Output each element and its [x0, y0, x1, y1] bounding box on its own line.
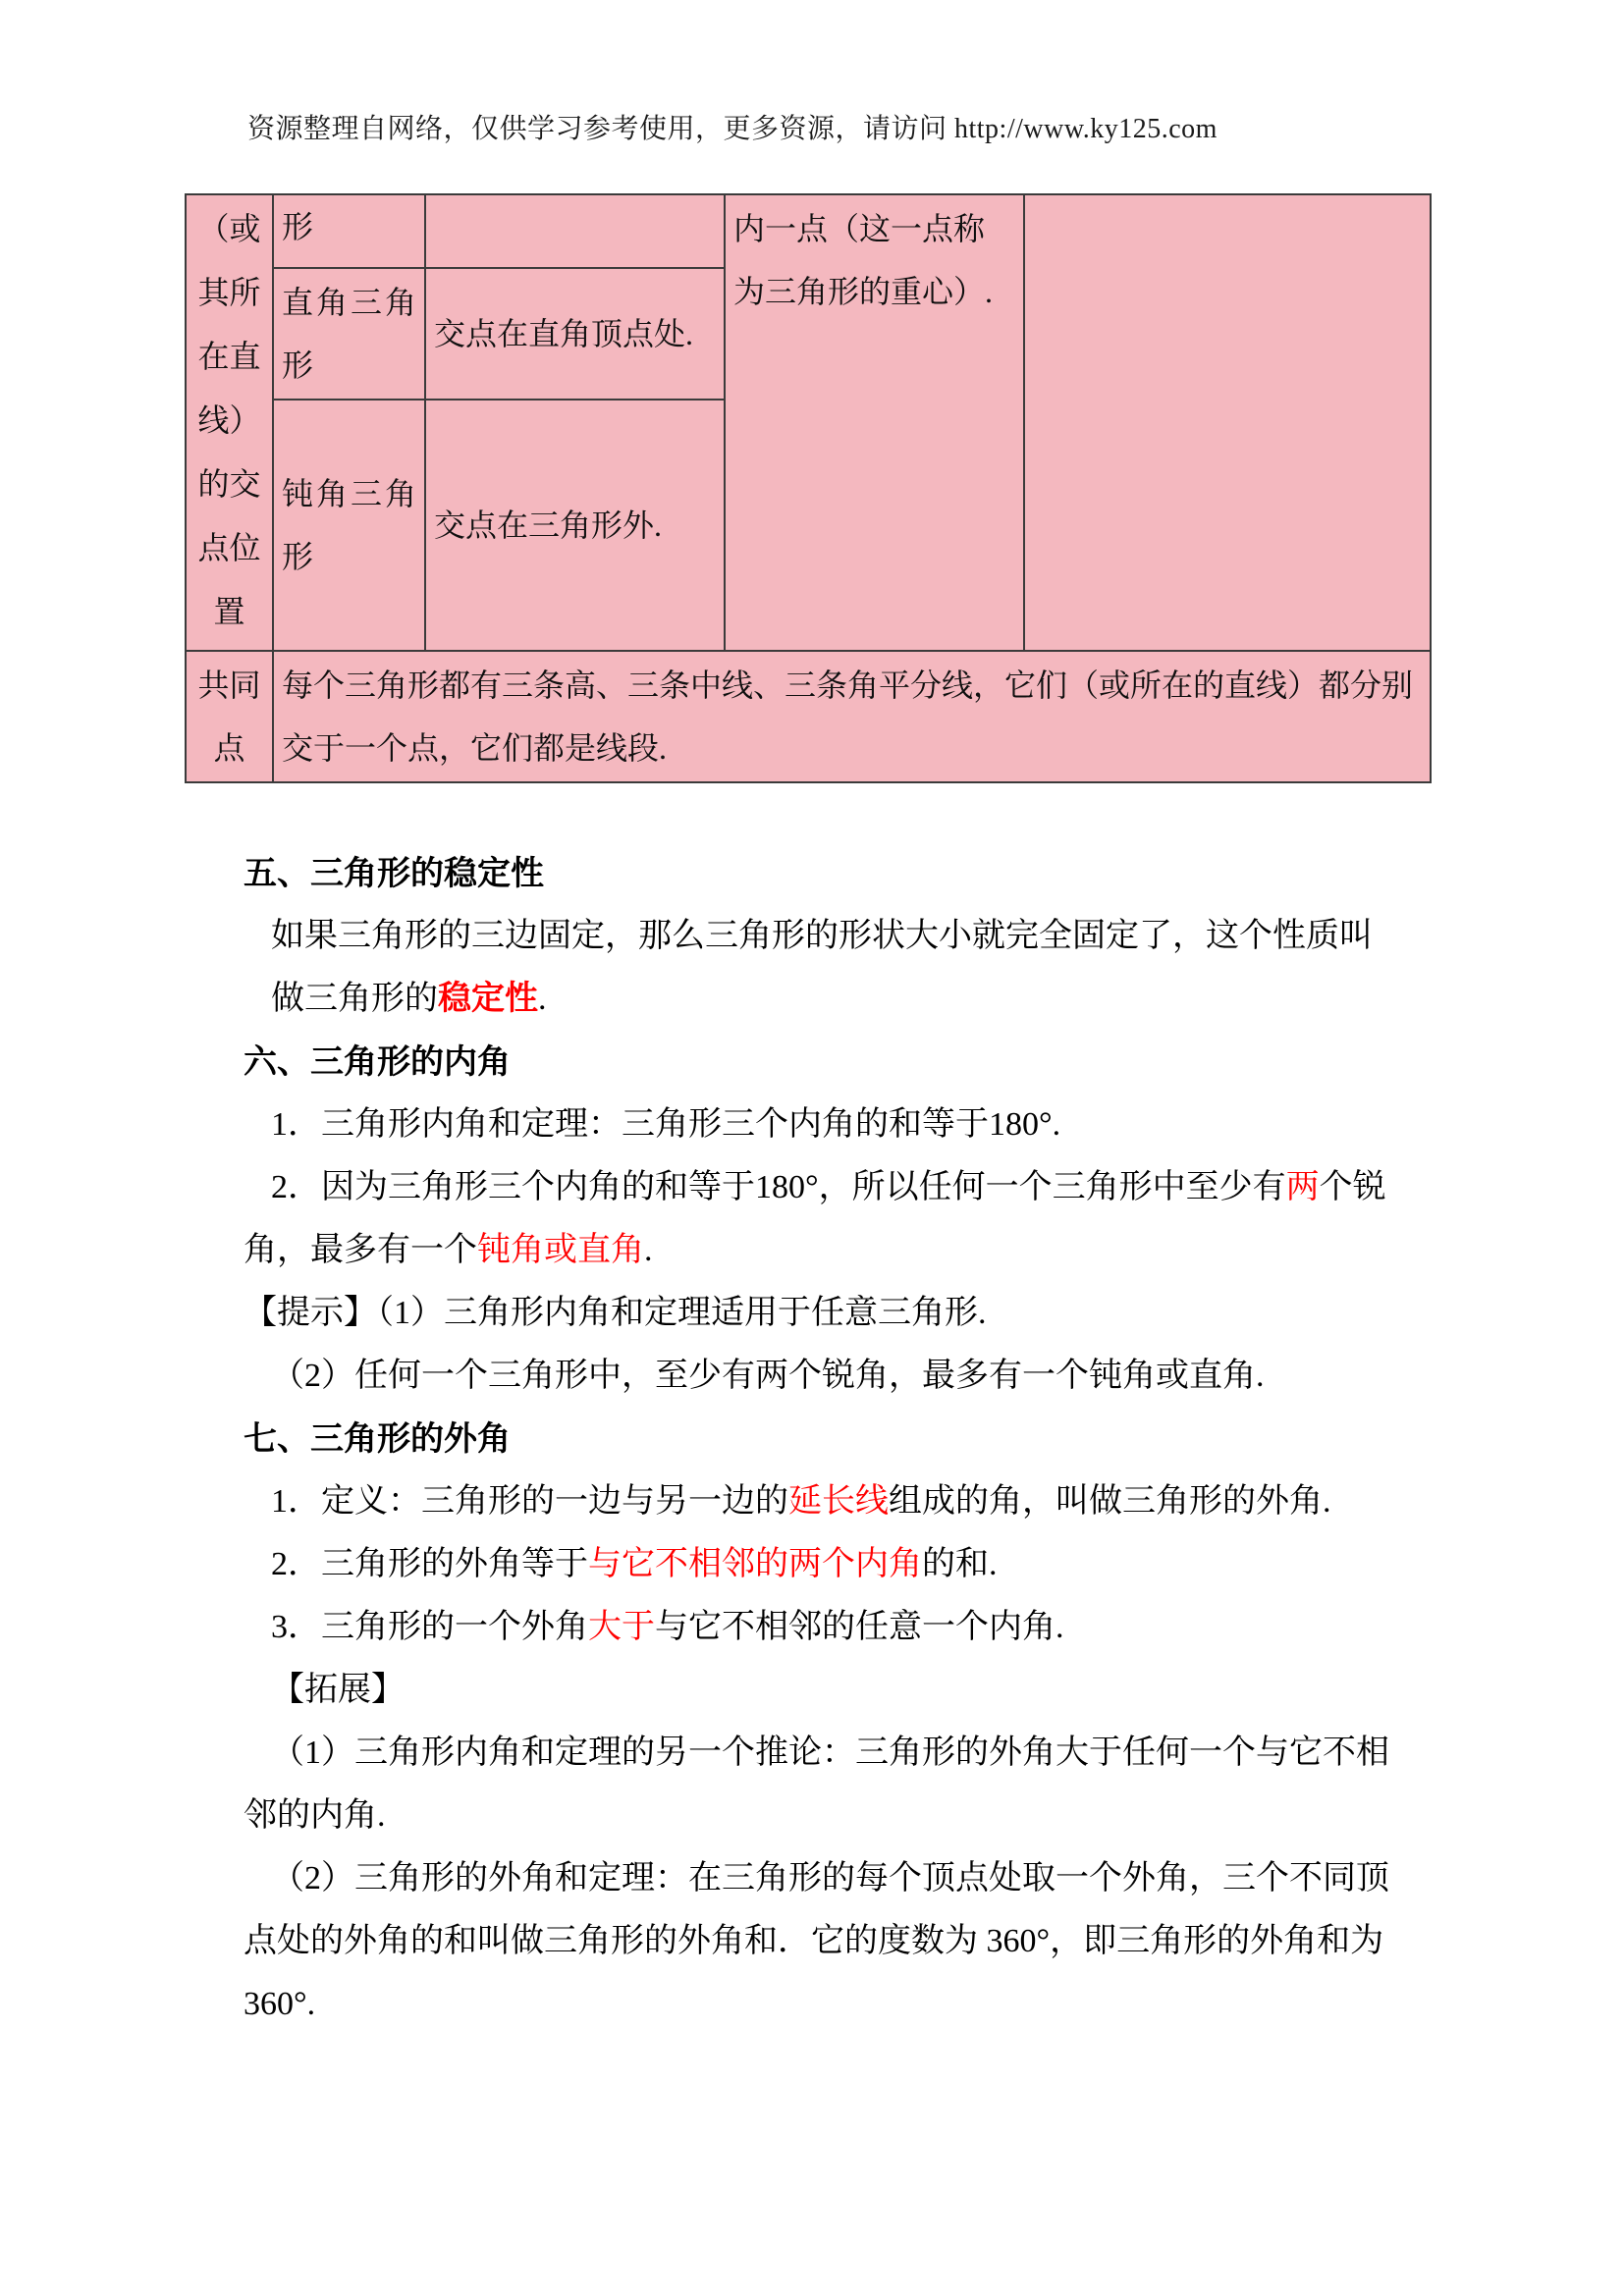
section-7-expand-2: （2）三角形的外角和定理：在三角形的每个顶点处取一个外角，三个不同顶点处的外角的… — [244, 1847, 1392, 2036]
section-6-heading: 六、三角形的内角 — [244, 1031, 1392, 1094]
section-7-expand-1: （1）三角形内角和定理的另一个推论：三角形的外角大于任何一个与它不相邻的内角. — [244, 1722, 1392, 1847]
highlight-stability: 稳定性 — [438, 981, 538, 1017]
text-run: . — [644, 1232, 653, 1268]
section-5-paragraph: 如果三角形的三边固定，那么三角形的形状大小就完全固定了，这个性质叫做三角形的稳定… — [271, 905, 1373, 1031]
cell-intersection-position-label: （或 其所 在直 线） 的交 点位 置 — [186, 194, 273, 651]
cell-triangle-type-cont: 形 — [273, 194, 425, 268]
text-run: . — [538, 981, 547, 1017]
cell-empty-desc — [425, 194, 725, 268]
cell-common-point-text: 每个三角形都有三条高、三条中线、三条角平分线，它们（或所在的直线）都分别交于一个… — [273, 651, 1431, 782]
section-6-hint-1: 【提示】（1）三角形内角和定理适用于任意三角形. — [244, 1282, 1392, 1345]
cell-inner-point-note: 内一点（这一点称为三角形的重心）. — [725, 194, 1024, 651]
section-7-item-3: 3．三角形的一个外角大于与它不相邻的任意一个内角. — [244, 1596, 1392, 1659]
text-run: 如果三角形的三边固定，那么三角形的形状大小就完全固定了，这个性质叫做三角形的 — [271, 918, 1373, 1017]
section-7-item-2: 2．三角形的外角等于与它不相邻的两个内角的和. — [244, 1533, 1392, 1596]
cell-right-triangle-desc: 交点在直角顶点处. — [425, 268, 725, 400]
text-run: 2．三角形的外角等于 — [271, 1546, 588, 1582]
triangle-table-container: （或 其所 在直 线） 的交 点位 置 形 内一点（这一点称为三角形的重心）. … — [185, 193, 1432, 783]
triangle-lines-table: （或 其所 在直 线） 的交 点位 置 形 内一点（这一点称为三角形的重心）. … — [185, 193, 1432, 783]
text-run: 1．定义：三角形的一边与另一边的 — [271, 1483, 788, 1520]
highlight-extension-line: 延长线 — [788, 1483, 889, 1520]
section-7-expand-label: 【拓展】 — [244, 1659, 1392, 1722]
cell-common-point-label: 共同点 — [186, 651, 273, 782]
page-header-note: 资源整理自网络，仅供学习参考使用，更多资源，请访问 http://www.ky1… — [247, 110, 1218, 149]
highlight-obtuse-or-right: 钝角或直角 — [477, 1232, 644, 1268]
text-run: 与它不相邻的任意一个内角. — [655, 1609, 1064, 1645]
cell-empty-right-column — [1024, 194, 1431, 651]
section-6-hint-2: （2）任何一个三角形中，至少有两个锐角，最多有一个钝角或直角. — [244, 1345, 1392, 1408]
text-run: 2．因为三角形三个内角的和等于180°，所以任何一个三角形中至少有 — [271, 1169, 1286, 1205]
section-7-heading: 七、三角形的外角 — [244, 1408, 1392, 1470]
document-page: 资源整理自网络，仅供学习参考使用，更多资源，请访问 http://www.ky1… — [0, 0, 1624, 2296]
section-7-item-1: 1．定义：三角形的一边与另一边的延长线组成的角，叫做三角形的外角. — [244, 1470, 1392, 1533]
section-5-heading: 五、三角形的稳定性 — [244, 842, 1392, 905]
section-6-item-1: 1．三角形内角和定理：三角形三个内角的和等于180°. — [244, 1094, 1392, 1156]
text-run: 组成的角，叫做三角形的外角. — [889, 1483, 1331, 1520]
cell-right-triangle-label: 直角三角形 — [273, 268, 425, 400]
highlight-two: 两 — [1286, 1169, 1320, 1205]
highlight-nonadjacent-angles: 与它不相邻的两个内角 — [588, 1546, 922, 1582]
cell-obtuse-triangle-label: 钝角三角形 — [273, 400, 425, 651]
text-run: 的和. — [922, 1546, 998, 1582]
highlight-greater-than: 大于 — [588, 1609, 655, 1645]
document-body: 五、三角形的稳定性 如果三角形的三边固定，那么三角形的形状大小就完全固定了，这个… — [244, 842, 1392, 2036]
text-run: 3．三角形的一个外角 — [271, 1609, 588, 1645]
cell-obtuse-triangle-desc: 交点在三角形外. — [425, 400, 725, 651]
section-6-item-2: 2．因为三角形三个内角的和等于180°，所以任何一个三角形中至少有两个锐角，最多… — [244, 1156, 1392, 1282]
